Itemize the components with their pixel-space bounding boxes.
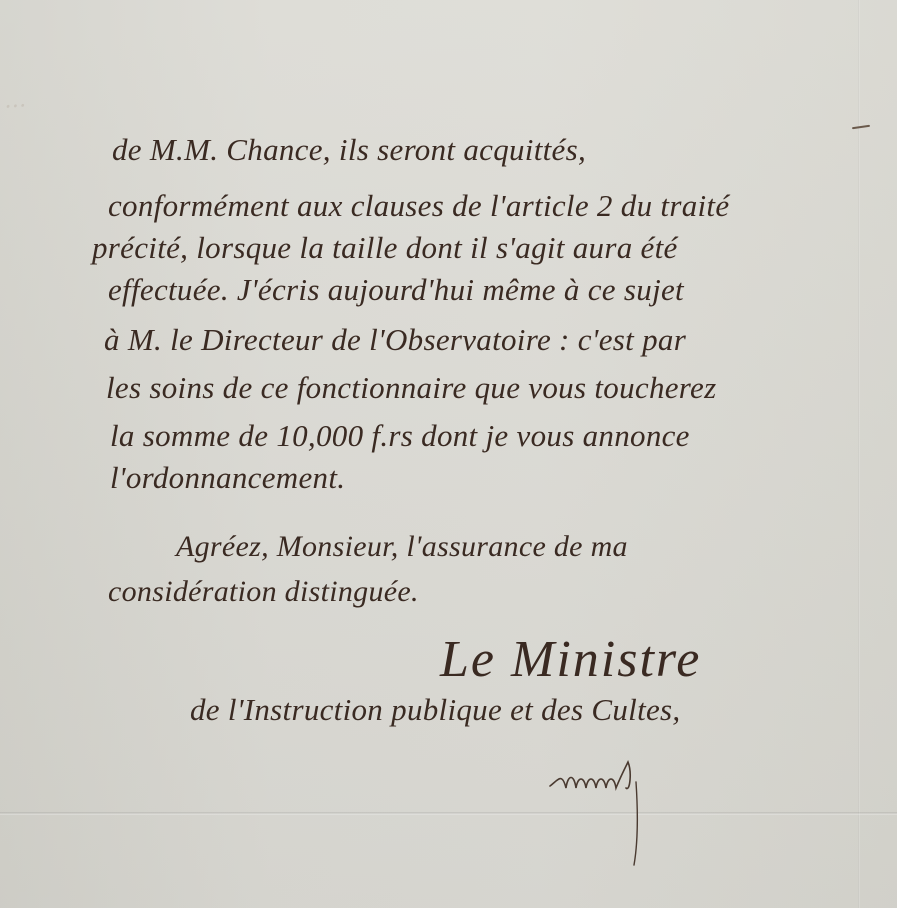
body-line-1: de M.M. Chance, ils seront acquittés, [112, 132, 586, 168]
closing-line-1: Agréez, Monsieur, l'assurance de ma [176, 530, 628, 564]
signature-title: Le Ministre [440, 630, 701, 689]
letter-paper: … de M.M. Chance, ils seront acquittés, … [0, 0, 897, 908]
closing-line-2: considération distinguée. [108, 575, 419, 609]
body-line-3: précité, lorsque la taille dont il s'agi… [92, 230, 678, 266]
margin-tick-mark [852, 125, 870, 129]
vertical-fold-line [858, 0, 860, 908]
body-line-5: à M. le Directeur de l'Observatoire : c'… [104, 322, 686, 358]
body-line-4: effectuée. J'écris aujourd'hui même à ce… [108, 272, 684, 308]
horizontal-fold-line [0, 812, 897, 815]
faded-bleedthrough-header: … [3, 87, 27, 113]
body-line-8: l'ordonnancement. [110, 460, 345, 496]
bleedthrough-text [19, 470, 28, 495]
body-line-6: les soins de ce fonctionnaire que vous t… [106, 370, 716, 406]
body-line-7: la somme de 10,000 f.rs dont je vous ann… [110, 418, 690, 454]
signature-subtitle: de l'Instruction publique et des Cultes, [190, 692, 680, 728]
body-line-2: conformément aux clauses de l'article 2 … [108, 188, 729, 224]
handwritten-signature [548, 752, 708, 877]
